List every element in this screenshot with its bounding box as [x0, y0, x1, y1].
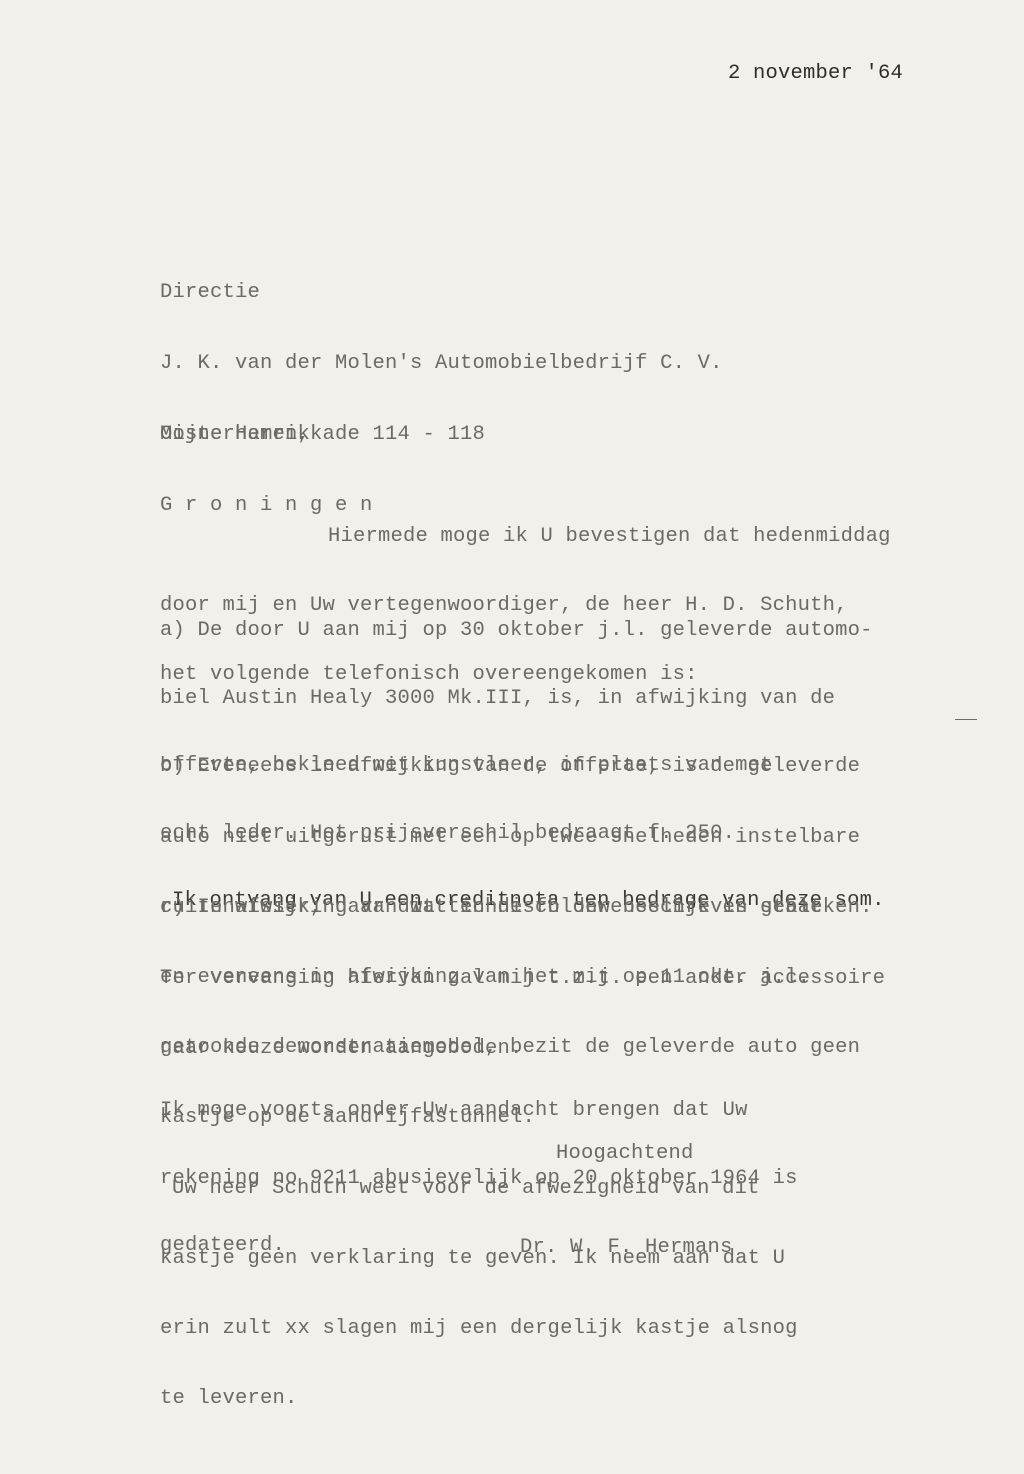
- paragraph-line: Ik moge voorts onder Uw aandacht brengen…: [160, 1100, 798, 1123]
- signature: Dr. W. F. Hermans: [520, 1236, 733, 1259]
- paragraph-line: erin zult xx slagen mij een dergelijk ka…: [160, 1317, 860, 1340]
- letter-page: 2 november '64 Directie J. K. van der Mo…: [0, 0, 1024, 1474]
- paragraph-line: a) De door U aan mij op 30 oktober j.l. …: [160, 620, 885, 643]
- paragraph-line: rekening no 9211 abusievelijk op 20 okto…: [160, 1168, 798, 1191]
- salutation: Mijne Heren,: [160, 423, 310, 446]
- paragraph-line: c) In afwijking van wat in de folder bes…: [160, 896, 860, 919]
- paragraph-line: auto niet uitgerust met een op twee snel…: [160, 826, 885, 850]
- addressee-line: J. K. van der Molen's Automobielbedrijf …: [160, 352, 723, 376]
- closing-paragraph: Ik moge voorts onder Uw aandacht brengen…: [160, 1055, 798, 1303]
- paragraph-line: Hiermede moge ik U bevestigen dat hedenm…: [160, 525, 891, 548]
- paragraph-line: b) Eveneens in afwijking van de offerte,…: [160, 755, 885, 779]
- paragraph-line: biel Austin Healy 3000 Mk.III, is, in af…: [160, 688, 885, 711]
- paragraph-line: en eveneens in afwijking van het mij op …: [160, 966, 860, 989]
- margin-mark: [955, 719, 977, 720]
- closing-greeting: Hoogachtend: [556, 1142, 694, 1165]
- paragraph-line: te leveren.: [160, 1387, 860, 1410]
- addressee-line: Directie: [160, 281, 723, 305]
- letter-date: 2 november '64: [728, 62, 903, 85]
